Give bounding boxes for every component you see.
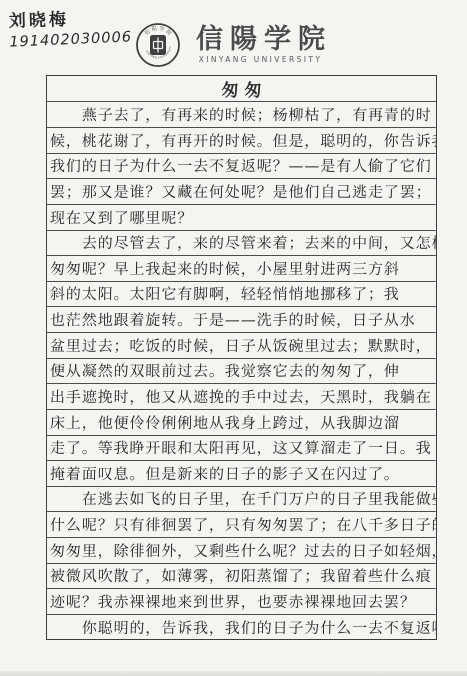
essay-line: 斜的太阳。太阳它有脚啊，轻轻悄悄地挪移了；我: [47, 281, 436, 307]
essay-line: 去的尽管去了，来的尽管来着；去来的中间，又怎样地: [47, 230, 436, 256]
essay-title-row: 匆匆: [47, 76, 436, 102]
essay-line: 燕子去了，有再来的时候；杨柳枯了，有再青的时: [47, 102, 436, 128]
essay-line: 你聪明的，告诉我，我们的日子为什么一去不复返呢？: [47, 615, 436, 640]
essay-line: 也茫然地跟着旋转。于是——洗手的时候，日子从水: [47, 307, 436, 333]
essay-line: 罢；那又是谁？又藏在何处呢？是他们自己逃走了罢；: [47, 179, 436, 205]
essay-line: 现在又到了哪里呢？: [47, 205, 436, 231]
university-seal-icon: 信阳学院 XINYANG UNIVERSITY: [135, 22, 181, 68]
essay-line: 匆匆里，除徘徊外，又剩些什么呢？过去的日子如轻烟，: [47, 538, 436, 564]
essay-line: 什么呢？只有徘徊罢了，只有匆匆罢了；在八千多日子的: [47, 512, 436, 538]
essay-line: 匆匆呢？早上我起来的时候，小屋里射进两三方斜: [47, 256, 436, 282]
essay-line: 我们的日子为什么一去不复返呢？——是有人偷了它们: [47, 153, 436, 179]
manuscript-sheet: 匆匆 燕子去了，有再来的时候；杨柳枯了，有再青的时 候，桃花谢了，有再开的时候。…: [46, 75, 437, 640]
scanner-edge: [0, 671, 467, 676]
essay-body: 燕子去了，有再来的时候；杨柳枯了，有再青的时 候，桃花谢了，有再开的时候。但是，…: [47, 102, 436, 639]
essay-line: 掩着面叹息。但是新来的日子的影子又在闪过了。: [47, 461, 436, 487]
essay-line: 在逃去如飞的日子里，在千门万户的日子里我能做些: [47, 486, 436, 512]
essay-line: 候，桃花谢了，有再开的时候。但是，聪明的，你告诉我，: [47, 128, 436, 154]
essay-line: 迹呢？我赤裸裸地来到世界，也要赤裸裸地回去罢？: [47, 589, 436, 615]
university-name-cn: 信陽学院: [189, 26, 332, 54]
essay-line: 床上，他便伶伶俐俐地从我身上跨过，从我脚边溜: [47, 410, 436, 436]
university-header: 信阳学院 XINYANG UNIVERSITY 信陽学院 XINYANG UNI…: [0, 22, 467, 68]
essay-title: 匆匆: [216, 76, 268, 101]
university-name: 信陽学院 XINYANG UNIVERSITY: [189, 26, 332, 64]
essay-line: 出手遮挽时，他又从遮挽的手中过去，天黑时，我躺在: [47, 384, 436, 410]
essay-line: 便从凝然的双眼前过去。我觉察它去的匆匆了，伸: [47, 358, 436, 384]
essay-line: 盆里过去；吃饭的时候，日子从饭碗里过去；默默时，: [47, 333, 436, 359]
university-name-en: XINYANG UNIVERSITY: [199, 55, 323, 64]
essay-line: 被微风吹散了，如薄雾，初阳蒸馏了；我留着些什么痕: [47, 563, 436, 589]
essay-line: 走了。等我睁开眼和太阳再见，这又算溜走了一日。我: [47, 435, 436, 461]
